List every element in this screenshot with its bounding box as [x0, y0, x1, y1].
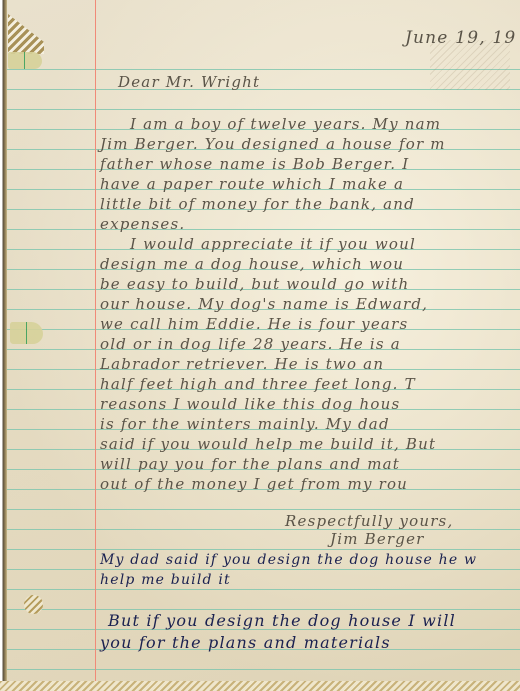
punch-hole: [24, 595, 43, 614]
margin-line: [95, 0, 96, 691]
letter-line: out of the money I get from my rou: [100, 475, 408, 493]
salutation: Dear Mr. Wright: [118, 73, 260, 91]
signature: Jim Berger: [330, 530, 425, 548]
tape-piece-top: [8, 52, 42, 69]
letter-line: design me a dog house, which wou: [100, 255, 404, 273]
letter-line: is for the winters mainly. My dad: [100, 415, 390, 433]
letter-line: said if you would help me build it, But: [100, 435, 436, 453]
bottom-edge: [0, 681, 520, 691]
binding-edge: [0, 0, 7, 691]
letter-line: I am a boy of twelve years. My nam: [130, 115, 441, 133]
letter-line: Jim Berger. You designed a house for m: [100, 135, 446, 153]
letter-line: reasons I would like this dog hous: [100, 395, 400, 413]
letter-line: will pay you for the plans and mat: [100, 455, 400, 473]
postscript-line: help me build it: [100, 572, 231, 588]
letter-line: we call him Eddie. He is four years: [100, 315, 408, 333]
postscript-line: you for the plans and materials: [100, 633, 391, 652]
postscript-line: But if you design the dog house I will: [108, 611, 456, 630]
letter-line: half feet high and three feet long. T: [100, 375, 416, 393]
postscript-line: My dad said if you design the dog house …: [100, 552, 477, 568]
letter-line: Labrador retriever. He is two an: [100, 355, 384, 373]
letter-line: have a paper route which I make a: [100, 175, 404, 193]
letter-line: father whose name is Bob Berger. I: [100, 155, 409, 173]
letter-line: our house. My dog's name is Edward,: [100, 295, 428, 313]
letter-line: expenses.: [100, 215, 185, 233]
torn-corner: [8, 14, 44, 54]
letter-page: June 19, 19 Dear Mr. Wright I am a boy o…: [0, 0, 520, 691]
letter-date: June 19, 19: [405, 28, 516, 48]
closing: Respectfully yours,: [285, 512, 453, 530]
letter-line: be easy to build, but would go with: [100, 275, 409, 293]
letter-line: old or in dog life 28 years. He is a: [100, 335, 401, 353]
letter-line: I would appreciate it if you woul: [130, 235, 416, 253]
tape-piece-middle: [10, 322, 43, 344]
letter-line: little bit of money for the bank, and: [100, 195, 415, 213]
